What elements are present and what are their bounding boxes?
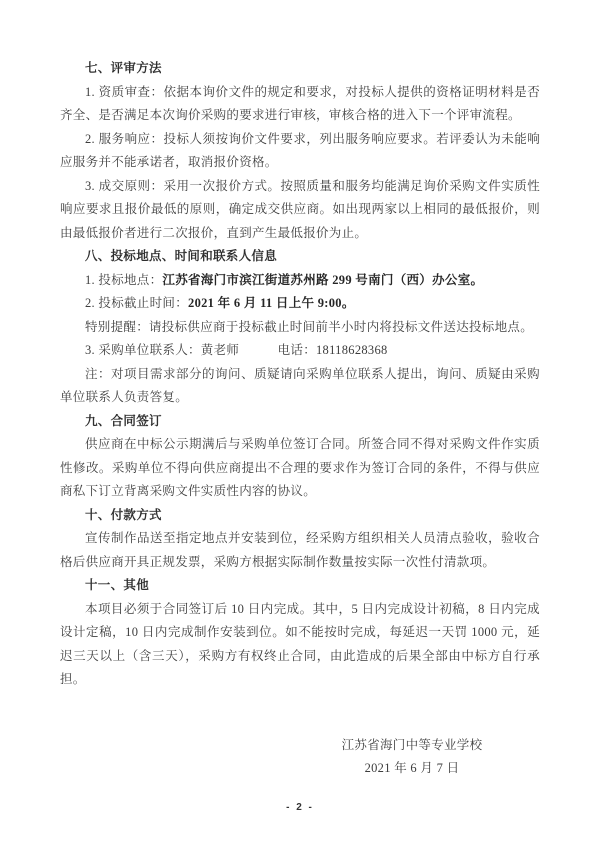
paragraph: 1. 资质审查：依据本询价文件的规定和要求，对投标人提供的资格证明材料是否齐全、… [60,81,540,128]
bid-location-label: 1. 投标地点： [85,273,162,287]
paragraph: 1. 投标地点：江苏省海门市滨江街道苏州路 299 号南门（西）办公室。 [60,269,540,293]
page-number: - 2 - [60,802,540,813]
section-heading-8: 八、投标地点、时间和联系人信息 [60,245,540,269]
section-heading-9: 九、合同签订 [60,410,540,434]
section-heading-7: 七、评审方法 [60,57,540,81]
bid-deadline-value: 2021 年 6 月 11 日上午 9:00。 [188,296,355,310]
paragraph: 本项目必须于合同签订后 10 日内完成。其中，5 日内完成设计初稿，8 日内完成… [60,598,540,692]
document-page: 七、评审方法 1. 资质审查：依据本询价文件的规定和要求，对投标人提供的资格证明… [0,0,600,848]
paragraph: 3. 成交原则：采用一次报价方式。按照质量和服务均能满足询价采购文件实质性响应要… [60,175,540,246]
contact-line: 3. 采购单位联系人：黄老师 电话：18118628368 [60,339,540,363]
signature-block: 江苏省海门中等专业学校 2021 年 6 月 7 日 [312,734,512,781]
document-content: 七、评审方法 1. 资质审查：依据本询价文件的规定和要求，对投标人提供的资格证明… [60,57,540,813]
paragraph: 2. 服务响应：投标人须按询价文件要求，列出服务响应要求。若评委认为未能响应服务… [60,128,540,175]
signature-date: 2021 年 6 月 7 日 [312,757,512,781]
paragraph: 供应商在中标公示期满后与采购单位签订合同。所签合同不得对采购文件作实质性修改。采… [60,433,540,504]
paragraph: 宣传制作品送至指定地点并安装到位，经采购方组织相关人员清点验收，验收合格后供应商… [60,527,540,574]
signature-org: 江苏省海门中等专业学校 [312,734,512,758]
bid-deadline-label: 2. 投标截止时间： [85,296,188,310]
paragraph: 注：对项目需求部分的询问、质疑请向采购单位联系人提出，询问、质疑由采购单位联系人… [60,363,540,410]
bid-location-value: 江苏省海门市滨江街道苏州路 299 号南门（西）办公室。 [162,273,483,287]
section-heading-11: 十一、其他 [60,574,540,598]
section-heading-10: 十、付款方式 [60,504,540,528]
paragraph: 2. 投标截止时间：2021 年 6 月 11 日上午 9:00。 [60,292,540,316]
paragraph: 特别提醒：请投标供应商于投标截止时间前半小时内将投标文件送达投标地点。 [60,316,540,340]
